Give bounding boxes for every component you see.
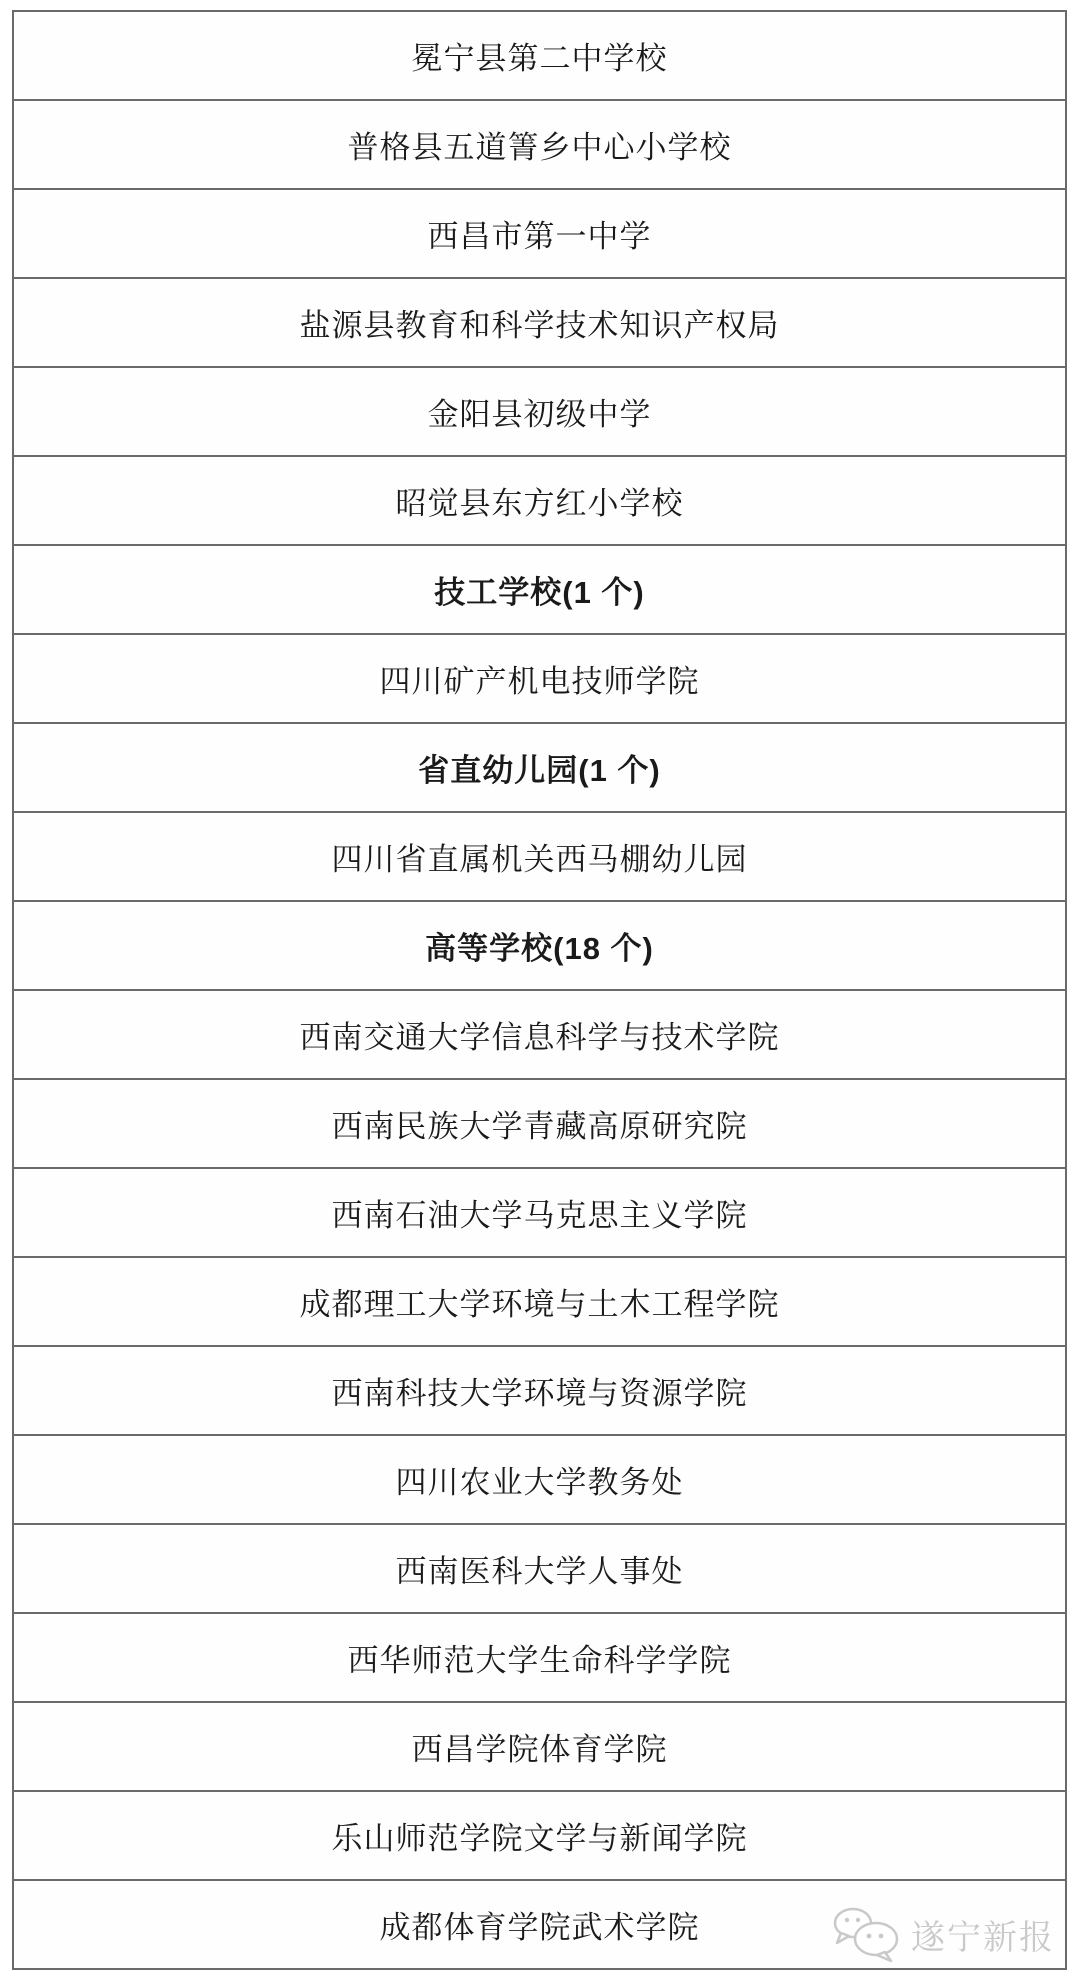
school-name-cell: 盐源县教育和科学技术知识产权局 [13, 278, 1066, 367]
school-name-cell: 金阳县初级中学 [13, 367, 1066, 456]
table-row: 乐山师范学院文学与新闻学院 [13, 1791, 1066, 1880]
school-name-cell: 西南交通大学信息科学与技术学院 [13, 990, 1066, 1079]
school-name-cell: 西南民族大学青藏高原研究院 [13, 1079, 1066, 1168]
table-row: 金阳县初级中学 [13, 367, 1066, 456]
school-name-cell: 昭觉县东方红小学校 [13, 456, 1066, 545]
school-name-cell: 西南科技大学环境与资源学院 [13, 1346, 1066, 1435]
school-name-cell: 四川矿产机电技师学院 [13, 634, 1066, 723]
school-list-table-container: 冕宁县第二中学校普格县五道箐乡中心小学校西昌市第一中学盐源县教育和科学技术知识产… [12, 10, 1067, 1970]
table-row: 冕宁县第二中学校 [13, 11, 1066, 100]
school-name-cell: 成都理工大学环境与土木工程学院 [13, 1257, 1066, 1346]
table-row: 西昌市第一中学 [13, 189, 1066, 278]
table-row: 西南交通大学信息科学与技术学院 [13, 990, 1066, 1079]
table-row: 西南民族大学青藏高原研究院 [13, 1079, 1066, 1168]
table-row: 四川矿产机电技师学院 [13, 634, 1066, 723]
table-row: 西昌学院体育学院 [13, 1702, 1066, 1791]
school-name-cell: 冕宁县第二中学校 [13, 11, 1066, 100]
school-name-cell: 普格县五道箐乡中心小学校 [13, 100, 1066, 189]
table-row: 成都理工大学环境与土木工程学院 [13, 1257, 1066, 1346]
table-row: 盐源县教育和科学技术知识产权局 [13, 278, 1066, 367]
table-row: 西南石油大学马克思主义学院 [13, 1168, 1066, 1257]
school-name-cell: 西南医科大学人事处 [13, 1524, 1066, 1613]
school-name-cell: 西华师范大学生命科学学院 [13, 1613, 1066, 1702]
article-page: 冕宁县第二中学校普格县五道箐乡中心小学校西昌市第一中学盐源县教育和科学技术知识产… [0, 0, 1080, 1985]
school-list-table: 冕宁县第二中学校普格县五道箐乡中心小学校西昌市第一中学盐源县教育和科学技术知识产… [12, 10, 1067, 1970]
table-row: 成都体育学院武术学院 [13, 1880, 1066, 1969]
table-row: 省直幼儿园(1 个) [13, 723, 1066, 812]
category-header-cell: 省直幼儿园(1 个) [13, 723, 1066, 812]
table-row: 普格县五道箐乡中心小学校 [13, 100, 1066, 189]
table-row: 西南科技大学环境与资源学院 [13, 1346, 1066, 1435]
school-name-cell: 乐山师范学院文学与新闻学院 [13, 1791, 1066, 1880]
school-name-cell: 西昌学院体育学院 [13, 1702, 1066, 1791]
category-header-cell: 高等学校(18 个) [13, 901, 1066, 990]
table-row: 西南医科大学人事处 [13, 1524, 1066, 1613]
school-name-cell: 四川省直属机关西马棚幼儿园 [13, 812, 1066, 901]
table-row: 四川农业大学教务处 [13, 1435, 1066, 1524]
school-name-cell: 西南石油大学马克思主义学院 [13, 1168, 1066, 1257]
table-row: 四川省直属机关西马棚幼儿园 [13, 812, 1066, 901]
table-row: 西华师范大学生命科学学院 [13, 1613, 1066, 1702]
school-name-cell: 西昌市第一中学 [13, 189, 1066, 278]
school-table-body: 冕宁县第二中学校普格县五道箐乡中心小学校西昌市第一中学盐源县教育和科学技术知识产… [13, 11, 1066, 1969]
table-row: 技工学校(1 个) [13, 545, 1066, 634]
table-row: 昭觉县东方红小学校 [13, 456, 1066, 545]
category-header-cell: 技工学校(1 个) [13, 545, 1066, 634]
school-name-cell: 成都体育学院武术学院 [13, 1880, 1066, 1969]
school-name-cell: 四川农业大学教务处 [13, 1435, 1066, 1524]
table-row: 高等学校(18 个) [13, 901, 1066, 990]
